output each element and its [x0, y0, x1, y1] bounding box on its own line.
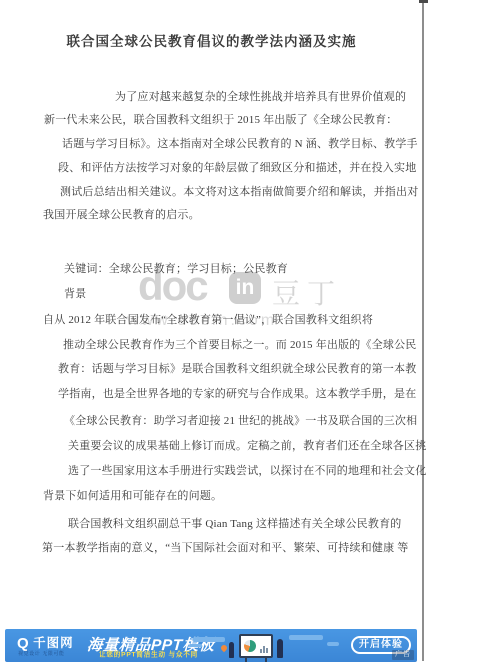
doc-line: 新一代未来公民，联合国教科文组织于 2015 年出版了《全球公民教育：	[44, 111, 398, 127]
ad-label-badge: 广告	[392, 650, 414, 660]
doc-line: 学指南，也是全世界各地的专家的研究与合作成果。这本教学手册，是在	[58, 385, 416, 401]
doc-line: 为了应对越来越复杂的全球性挑战并培养具有世界价值观的	[115, 88, 406, 104]
page-right-border	[422, 0, 424, 661]
page-title: 联合国全球公民教育倡议的教学法内涵及实施	[0, 30, 423, 50]
doc-keywords-line: 关键词：全球公民教育；学习目标；公民教育	[64, 260, 288, 276]
presentation-board	[239, 634, 273, 658]
doc-section-heading: 背景	[64, 285, 86, 301]
screenshot-root: { "doc": { "title": "联合国全球公民教育倡议的教学法内涵及实…	[0, 0, 480, 672]
docin-logo-icon: in	[229, 272, 261, 304]
document-page: 联合国全球公民教育倡议的教学法内涵及实施 为了应对越来越复杂的全球性挑战并培养具…	[0, 0, 423, 662]
doc-line: 第一本教学指南的意义，“当下国际社会面对和平、繁荣、可持续和健康 等	[42, 539, 408, 555]
docin-watermark-cn: 豆丁	[272, 272, 342, 312]
presenter-figure	[277, 639, 283, 658]
ad-subline: 让您的PPT简洁生动 与众不同	[99, 650, 198, 659]
cloud-shape	[289, 635, 323, 640]
presenter-figure	[229, 642, 234, 658]
doc-line: 背景下如何适用和可能存在的问题。	[43, 487, 222, 503]
flame-icon	[220, 644, 228, 652]
doc-line: 联合国教科文组织副总干事 Qian Tang 这样描述有关全球公民教育的	[68, 515, 401, 531]
ad-banner[interactable]: Q 千图网 视觉设计 无限可能 海量精品PPT模板 让您的PPT简洁生动 与众不…	[5, 629, 417, 662]
bar-chart-icon	[260, 646, 268, 653]
doc-line: 推动全球公民教育作为三个首要目标之一。而 2015 年出版的《全球公民	[63, 336, 417, 352]
board-leg	[245, 658, 247, 662]
doc-line: 测试后总结出相关建议。本文将对这本指南做简要介绍和解读，并指出对	[60, 183, 418, 199]
doc-line: 教育：话题与学习目标》是联合国教科文组织就全球公民教育的第一本教	[58, 360, 416, 376]
page-corner-mark	[419, 0, 428, 3]
doc-line: 段、和评估方法按学习对象的年龄层做了细致区分和描述，并在投入实地	[58, 159, 416, 175]
qiantu-logo-text: 千图网	[33, 636, 74, 650]
doc-line: 《全球公民教育：助学习者迎接 21 世纪的挑战》一书及联合国的三次相	[64, 412, 417, 428]
cloud-shape	[327, 642, 339, 646]
doc-line: 自从 2012 年联合国发布“全球教育第一倡议”，联合国教科文组织将	[43, 311, 373, 327]
doc-line: 选了一些国家用这本手册进行实践尝试，以探讨在不同的地理和社会文化	[68, 462, 426, 478]
qiantu-logo-tagline: 视觉设计 无限可能	[18, 650, 65, 657]
pie-chart-icon	[244, 640, 256, 652]
doc-line: 话题与学习目标》。这本指南对全球公民教育的 N 涵、教学目标、教学手	[62, 135, 418, 151]
doc-line: 我国开展全球公民教育的启示。	[43, 206, 200, 222]
board-leg	[265, 658, 267, 662]
doc-line: 关重要会议的成果基础上修订而成。定稿之前，教育者们还在全球各区挑	[68, 437, 426, 453]
